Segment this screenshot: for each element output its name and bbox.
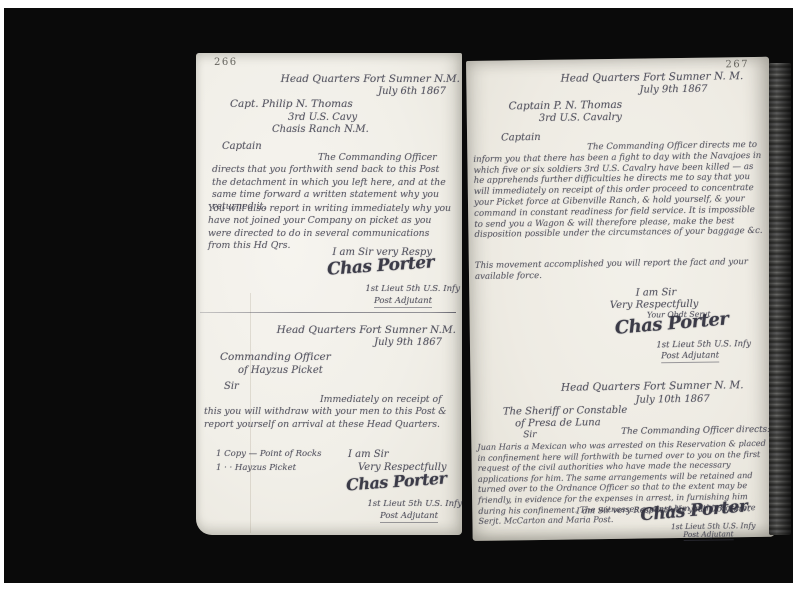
signature-title: Post Adjutant <box>380 511 438 523</box>
copies-note: 1 · · Hayzus Picket <box>216 463 296 473</box>
salutation: Captain <box>222 141 262 152</box>
body-paragraph: Immediately on receipt of this you will … <box>204 394 452 431</box>
letterhead-location: Head Quarters Fort Sumner N. M. <box>561 379 744 394</box>
salutation: Sir <box>523 430 536 440</box>
body-paragraph: The Commanding Officer directs me to inf… <box>473 140 764 241</box>
letterhead-date: July 9th 1867 <box>639 84 707 96</box>
recipient-line: 3rd U.S. Cavalry <box>539 112 622 124</box>
body-paragraph: You will also report in writing immediat… <box>208 203 454 252</box>
signature-title: Post Adjutant <box>661 350 719 363</box>
recipient-line: The Sheriff or Constable <box>503 405 628 418</box>
closing-line: I am Sir <box>636 287 677 299</box>
recipient-line: Commanding Officer <box>220 351 331 363</box>
book-fore-edge <box>769 63 791 535</box>
salutation: Sir <box>224 381 239 392</box>
letterhead-date: July 10th 1867 <box>635 394 709 406</box>
separator-line <box>200 312 456 313</box>
signature-rank: 1st Lieut 5th U.S. Infy <box>365 284 460 294</box>
body-paragraph: This movement accomplished you will repo… <box>475 257 765 283</box>
letterhead-date: July 6th 1867 <box>378 86 446 97</box>
body-lead-line: The Commanding Officer directs: <box>621 425 770 437</box>
page-number: 266 <box>214 57 238 68</box>
signature-rank: 1st Lieut 5th U.S. Infy <box>656 339 751 350</box>
right-page: 267 Head Quarters Fort Sumner N. M. July… <box>466 57 776 541</box>
letterhead-location: Head Quarters Fort Sumner N.M. <box>277 324 456 336</box>
signature-title: Post Adjutant <box>683 529 734 541</box>
recipient-line: of Presa de Luna <box>515 417 601 429</box>
signature: Chas Porter <box>614 308 729 338</box>
letterhead-date: July 9th 1867 <box>374 337 442 348</box>
closing-line: I am Sir <box>348 449 389 460</box>
copies-note: 1 Copy — Point of Rocks <box>216 449 321 459</box>
salutation: Captain <box>501 132 541 144</box>
recipient-line: 3rd U.S. Cavy <box>288 112 357 123</box>
letterhead-location: Head Quarters Fort Sumner N.M. <box>281 73 460 85</box>
microfilm-scan-viewport: { "scan": { "colors": { "film_black": "#… <box>0 0 800 589</box>
recipient-line: of Hayzus Picket <box>238 365 323 376</box>
recipient-line: Captain P. N. Thomas <box>509 99 623 113</box>
signature-rank: 1st Lieut 5th U.S. Infy <box>367 499 462 509</box>
recipient-line: Chasis Ranch N.M. <box>272 124 369 135</box>
page-number: 267 <box>725 59 749 70</box>
signature-title: Post Adjutant <box>374 296 432 308</box>
recipient-line: Capt. Philip N. Thomas <box>230 98 353 110</box>
letterhead-location: Head Quarters Fort Sumner N. M. <box>561 70 744 85</box>
left-page: 266 Head Quarters Fort Sumner N.M. July … <box>196 53 462 535</box>
film-frame: 266 Head Quarters Fort Sumner N.M. July … <box>4 8 793 583</box>
